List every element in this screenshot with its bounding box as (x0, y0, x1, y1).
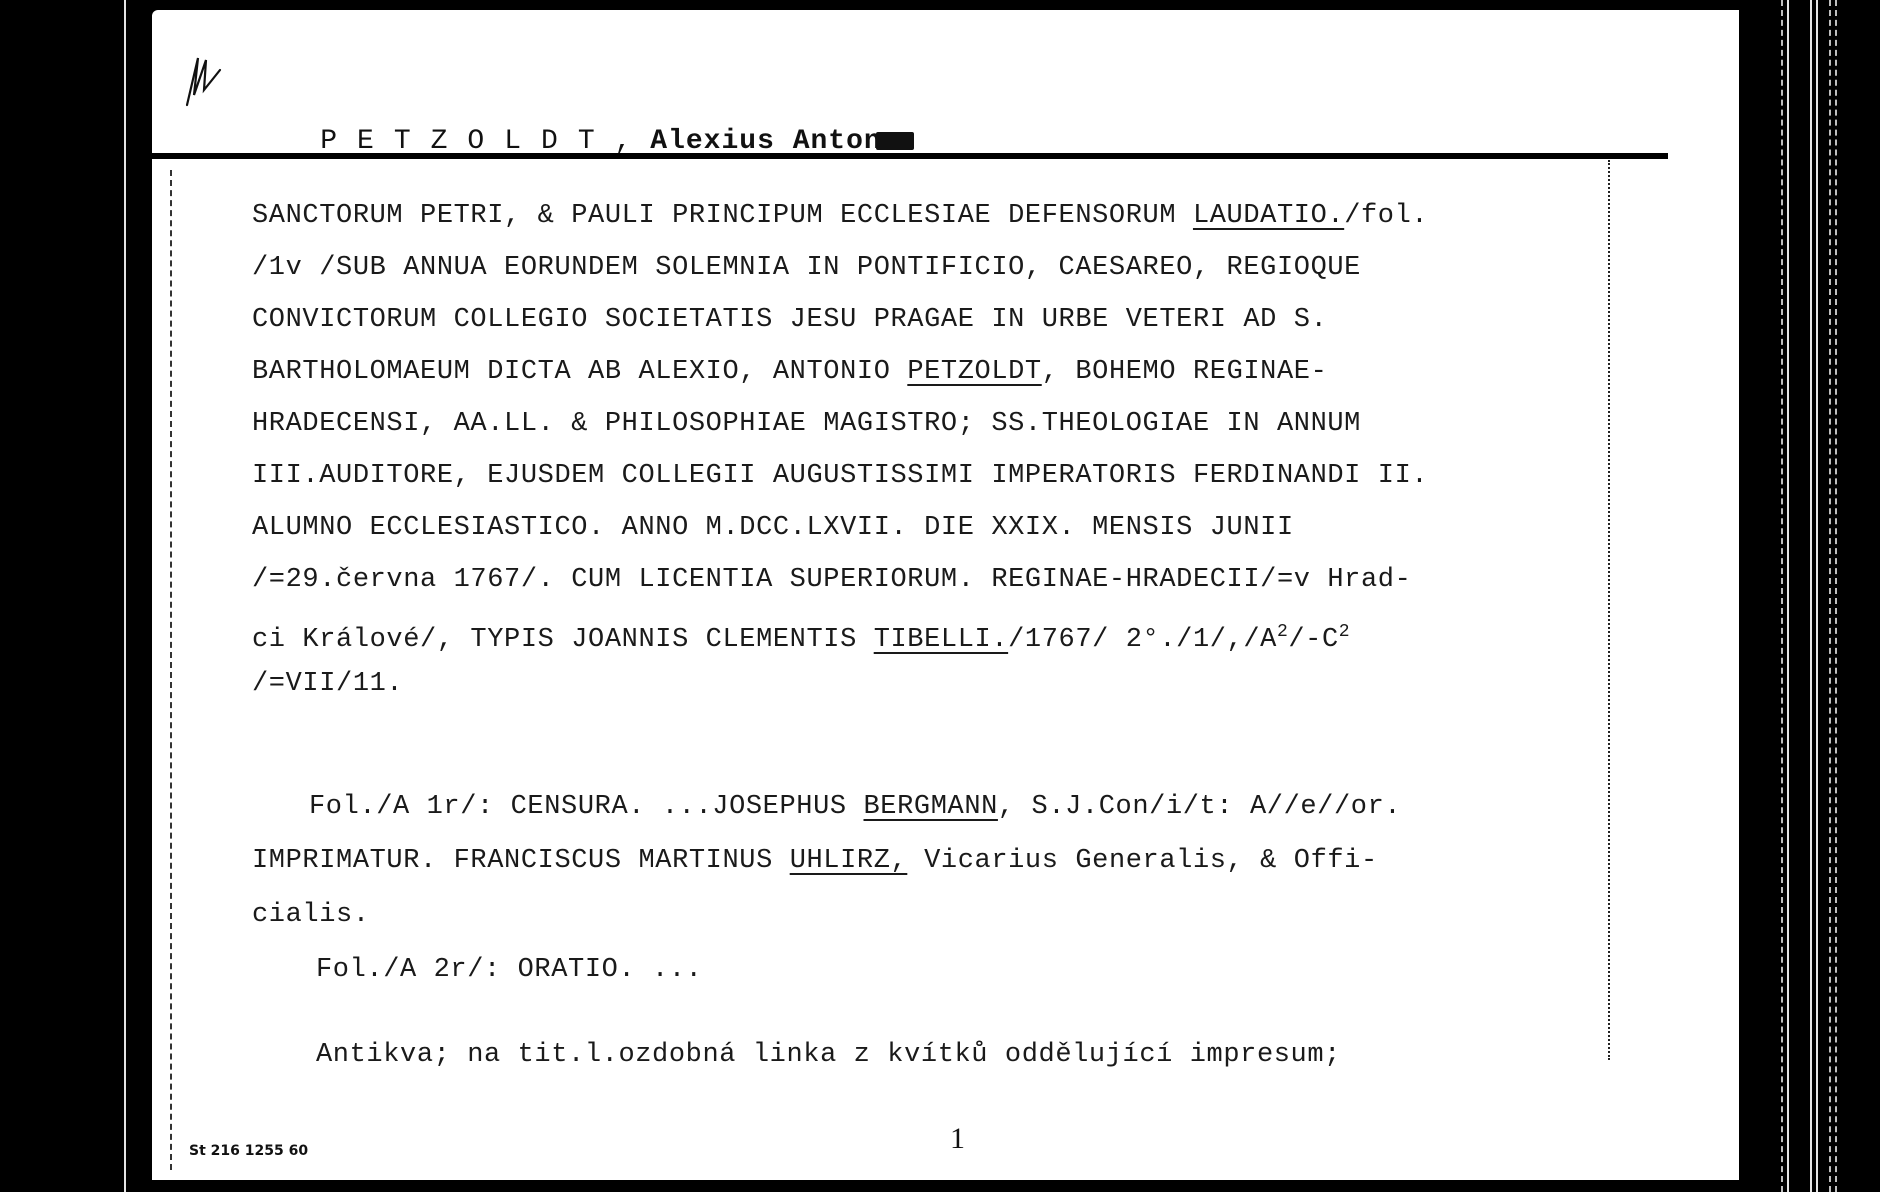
text-line: /1v /SUB ANNUA EORUNDEM SOLEMNIA IN PONT… (252, 242, 1652, 294)
underlined-name: UHLIRZ, (790, 846, 908, 876)
margin-dash-left (170, 170, 172, 1170)
text-line: Fol./A 1r/: CENSURA. ...JOSEPHUS BERGMAN… (252, 780, 1401, 834)
text-run: III.AUDITORE, EJUSDEM COLLEGII AUGUSTISS… (252, 461, 1428, 491)
text-line: IMPRIMATUR. FRANCISCUS MARTINUS UHLIRZ, … (252, 834, 1401, 888)
text-run: 2 (1339, 622, 1350, 642)
film-edge-right-4 (1816, 0, 1818, 1192)
text-run: ci Králové/, TYPIS JOANNIS CLEMENTIS (252, 625, 874, 655)
text-run: /-C (1288, 625, 1338, 655)
underlined-name: BERGMANN (864, 792, 998, 822)
text-run: 2 (1277, 622, 1288, 642)
film-edge-right-5 (1829, 0, 1831, 1192)
film-edge-right-2 (1787, 0, 1789, 1192)
underlined-name: TIBELLI. (874, 625, 1008, 655)
text-run: Fol./A 1r/: CENSURA. ...JOSEPHUS (309, 792, 864, 822)
text-run: cialis. (252, 900, 370, 930)
text-run: BARTHOLOMAEUM DICTA AB ALEXIO, ANTONIO (252, 357, 907, 387)
text-run: /1767/ 2°./1/,/A (1008, 625, 1277, 655)
redaction-mark (876, 132, 914, 150)
catalog-code: St 216 1255 60 (189, 1143, 308, 1159)
text-line: ci Králové/, TYPIS JOANNIS CLEMENTIS TIB… (252, 606, 1652, 658)
heading-rule (152, 153, 1668, 159)
text-run: SANCTORUM PETRI, & PAULI PRINCIPUM ECCLE… (252, 201, 1193, 231)
text-line: III.AUDITORE, EJUSDEM COLLEGII AUGUSTISS… (252, 450, 1652, 502)
oratio-line: Fol./A 2r/: ORATIO. ... (316, 955, 702, 985)
text-run: , BOHEMO REGINAE- (1042, 357, 1328, 387)
text-run: Vicarius Generalis, & Offi- (907, 846, 1377, 876)
text-run: /fol. (1344, 201, 1428, 231)
text-run: HRADECENSI, AA.LL. & PHILOSOPHIAE MAGIST… (252, 409, 1361, 439)
text-run: ALUMNO ECCLESIASTICO. ANNO M.DCC.LXVII. … (252, 513, 1294, 543)
text-line: BARTHOLOMAEUM DICTA AB ALEXIO, ANTONIO P… (252, 346, 1652, 398)
text-run: /=VII/11. (252, 669, 403, 699)
card-heading: PETZOLDT, Alexius Anton (249, 95, 914, 188)
page-number: 1 (950, 1122, 965, 1156)
text-line: SANCTORUM PETRI, & PAULI PRINCIPUM ECCLE… (252, 190, 1652, 242)
text-line: ALUMNO ECCLESIASTICO. ANNO M.DCC.LXVII. … (252, 502, 1652, 554)
film-edge-right-3 (1810, 0, 1812, 1192)
film-edge-right-1 (1781, 0, 1783, 1192)
text-line: cialis. (252, 888, 1401, 942)
handwritten-mark-icon (184, 40, 234, 110)
text-line: HRADECENSI, AA.LL. & PHILOSOPHIAE MAGIST… (252, 398, 1652, 450)
catalog-card: PETZOLDT, Alexius Anton SANCTORUM PETRI,… (152, 10, 1739, 1180)
text-line: /=29.června 1767/. CUM LICENTIA SUPERIOR… (252, 554, 1652, 606)
text-line: /=VII/11. (252, 658, 1652, 710)
underlined-name: PETZOLDT (907, 357, 1041, 387)
text-line: CONVICTORUM COLLEGIO SOCIETATIS JESU PRA… (252, 294, 1652, 346)
censura-description: Fol./A 1r/: CENSURA. ...JOSEPHUS BERGMAN… (252, 780, 1401, 942)
title-description: SANCTORUM PETRI, & PAULI PRINCIPUM ECCLE… (252, 190, 1652, 710)
text-run: /1v /SUB ANNUA EORUNDEM SOLEMNIA IN PONT… (252, 253, 1361, 283)
underlined-name: LAUDATIO. (1193, 201, 1344, 231)
text-run: IMPRIMATUR. FRANCISCUS MARTINUS (252, 846, 790, 876)
text-run: , S.J.Con/i/t: A//e//or. (998, 792, 1401, 822)
text-run: CONVICTORUM COLLEGIO SOCIETATIS JESU PRA… (252, 305, 1327, 335)
film-edge-right-6 (1835, 0, 1837, 1192)
text-run: /=29.června 1767/. CUM LICENTIA SUPERIOR… (252, 565, 1411, 595)
typography-note: Antikva; na tit.l.ozdobná linka z kvítků… (316, 1040, 1341, 1070)
film-edge-left (124, 0, 126, 1192)
